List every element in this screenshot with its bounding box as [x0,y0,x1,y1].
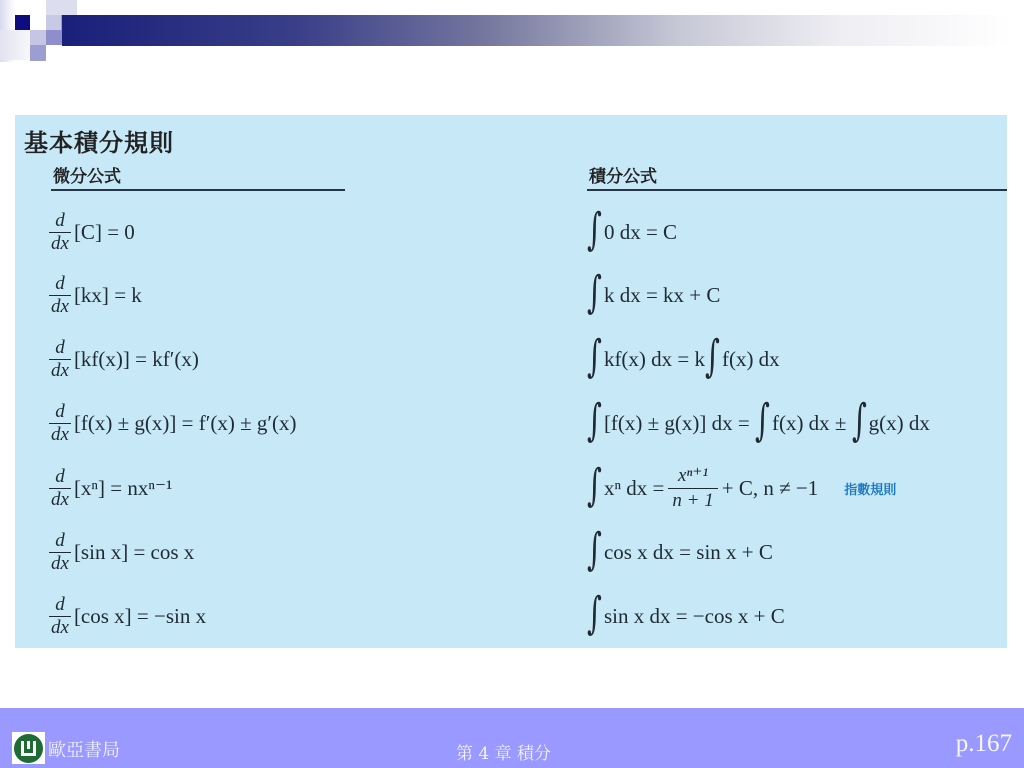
integral-sign-icon: ∫ [587,399,602,443]
integral-formula: kf(x) dx = k [604,347,705,372]
derivative-operator: ddx [49,466,71,511]
integral-sign-icon: ∫ [587,335,602,379]
derivative-operator: ddx [49,594,71,639]
derivative-argument: [kx] [74,283,109,308]
integral-row: ∫ kf(x) dx = k ∫ f(x) dx [587,328,780,390]
integral-sign-icon: ∫ [852,399,867,443]
derivative-row: ddx [sin x] = cos x [49,521,194,583]
integral-row: ∫ 0 dx = C [587,201,677,263]
page-number: p.167 [956,730,1012,758]
derivative-operator: ddx [49,530,71,575]
chapter-label: 第 4 章 積分 [456,739,551,764]
integral-sign-icon: ∫ [587,271,602,315]
derivative-result: = nxⁿ⁻¹ [110,476,172,501]
derivative-row: ddx [cos x] = −sin x [49,585,206,647]
integral-row: ∫ cos x dx = sin x + C [587,521,773,583]
derivative-argument: [f(x) ± g(x)] [74,411,176,436]
panel-title: 基本積分規則 [24,123,174,158]
power-rule-fraction: xⁿ⁺¹ n + 1 [668,464,717,513]
decor-square [0,30,30,60]
integral-formula: 0 dx = C [604,220,677,245]
integral-row: ∫ sin x dx = −cos x + C [587,585,785,647]
integral-row: ∫ [f(x) ± g(x)] dx = ∫ f(x) dx ± ∫ g(x) … [587,392,930,454]
decor-square [46,15,61,30]
integral-formulas-heading: 積分公式 [587,162,1007,191]
integral-sign-icon: ∫ [587,208,602,252]
integral-sign-icon: ∫ [587,592,602,636]
derivative-operator: ddx [49,273,71,318]
derivative-argument: [C] [74,220,102,245]
publisher-name: 歐亞書局 [48,736,120,762]
header-gradient-bar [62,15,1012,46]
slide-footer: 歐亞書局 第 4 章 積分 p.167 [0,708,1024,768]
integral-formula: [f(x) ± g(x)] dx = [604,411,750,436]
decor-square [15,15,30,30]
derivative-result: = f′(x) ± g′(x) [182,411,297,436]
decor-square [30,45,46,61]
derivative-argument: [kf(x)] [74,347,130,372]
derivative-row: ddx [kx] = k [49,264,142,326]
derivative-argument: [xⁿ] [74,476,105,501]
integral-formula-rhs: + C, n ≠ −1 [722,476,818,501]
derivative-row: ddx [kf(x)] = kf′(x) [49,328,199,390]
integral-formula-rhs: g(x) dx [869,411,930,436]
derivative-result: = −sin x [137,604,206,629]
integral-row: ∫ xⁿ dx = xⁿ⁺¹ n + 1 + C, n ≠ −1 指數規則 [587,457,896,519]
derivative-argument: [cos x] [74,604,132,629]
integral-sign-icon: ∫ [705,335,720,379]
derivative-operator: ddx [49,210,71,255]
derivative-result: = cos x [133,540,194,565]
derivative-operator: ddx [49,401,71,446]
derivative-result: = 0 [107,220,135,245]
integral-sign-icon: ∫ [587,528,602,572]
decor-square [46,30,62,45]
integral-formula: cos x dx = sin x + C [604,540,773,565]
derivative-formulas-heading: 微分公式 [51,162,345,191]
integral-sign-icon: ∫ [587,464,602,508]
integral-sign-icon: ∫ [755,399,770,443]
derivative-row: ddx [f(x) ± g(x)] = f′(x) ± g′(x) [49,392,296,454]
integral-formula-mid: f(x) dx ± [772,411,847,436]
derivative-row: ddx [xⁿ] = nxⁿ⁻¹ [49,457,172,519]
integral-formula: xⁿ dx = [604,476,664,501]
integral-row: ∫ k dx = kx + C [587,264,720,326]
integral-formula: k dx = kx + C [604,283,720,308]
decor-square [46,0,77,15]
derivative-argument: [sin x] [74,540,128,565]
derivative-result: = k [114,283,142,308]
publisher-logo-icon [12,732,45,764]
decor-square [30,30,46,45]
integration-rules-panel: 基本積分規則 微分公式 積分公式 ddx [C] = 0 ddx [kx] = … [15,115,1007,648]
derivative-operator: ddx [49,337,71,382]
derivative-row: ddx [C] = 0 [49,201,135,263]
derivative-result: = kf′(x) [135,347,199,372]
integral-formula-rhs: f(x) dx [722,347,780,372]
power-rule-label: 指數規則 [844,479,896,498]
integral-formula: sin x dx = −cos x + C [604,604,785,629]
